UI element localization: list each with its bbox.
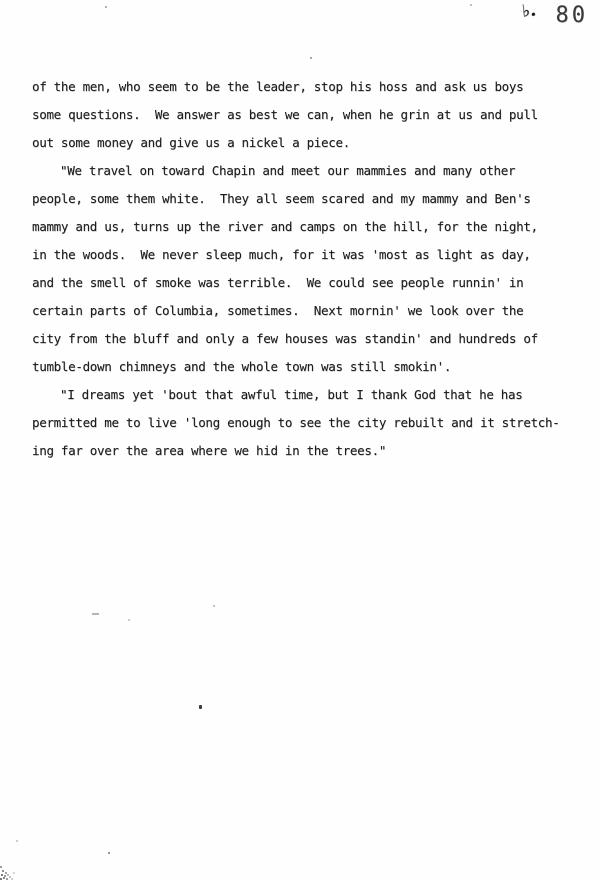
text-line: in the woods. We never sleep much, for i… [32, 241, 582, 269]
text-line: out some money and give us a nickel a pi… [32, 129, 582, 157]
text-line: tumble-down chimneys and the whole town … [32, 353, 582, 381]
text-line: city from the bluff and only a few house… [32, 325, 582, 353]
text-line: certain parts of Columbia, sometimes. Ne… [32, 297, 582, 325]
text-line: "I dreams yet 'bout that awful time, but… [32, 381, 582, 409]
ink-speck [128, 619, 130, 621]
text-line: and the smell of smoke was terrible. We … [32, 269, 582, 297]
text-line: mammy and us, turns up the river and cam… [32, 213, 582, 241]
ink-speck [105, 6, 107, 8]
ink-speck [199, 705, 202, 709]
handwritten-annotation: ♭. [521, 0, 537, 21]
ink-speck [470, 4, 472, 6]
ink-speck [213, 605, 215, 607]
typewritten-text-block: of the men, who seem to be the leader, s… [32, 73, 582, 465]
ink-speck [310, 57, 312, 59]
text-line: of the men, who seem to be the leader, s… [32, 73, 582, 101]
ink-speck [108, 852, 110, 854]
document-scan-page: ♭. 80 of the men, who seem to be the lea… [0, 0, 600, 880]
corner-smudge [0, 866, 2, 868]
text-line: permitted me to live 'long enough to see… [32, 409, 582, 437]
text-line: "We travel on toward Chapin and meet our… [32, 157, 582, 185]
text-line: ing far over the area where we hid in th… [32, 437, 582, 465]
page-number: 80 [556, 3, 589, 28]
faint-dash-mark [92, 613, 99, 615]
text-line: some questions. We answer as best we can… [32, 101, 582, 129]
text-line: people, some them white. They all seem s… [32, 185, 582, 213]
